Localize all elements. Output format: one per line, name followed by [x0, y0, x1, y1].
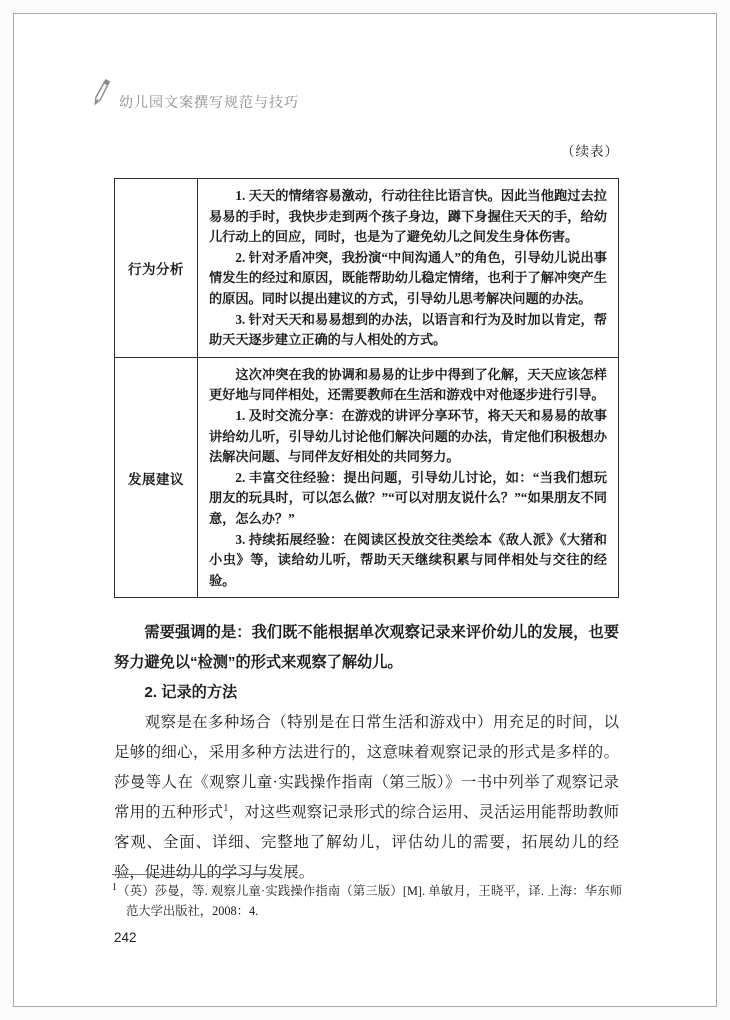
footnote-divider: [112, 874, 282, 875]
section-heading: 2. 记录的方法: [114, 678, 619, 708]
continued-table-label: （续表）: [114, 140, 619, 160]
running-header-title: 幼儿园文案撰写规范与技巧: [119, 92, 299, 114]
development-suggestions-paragraph: 这次冲突在我的协调和易易的让步中得到了化解，天天应该怎样更好地与同伴相处，还需要…: [209, 365, 607, 406]
page-number: 242: [114, 930, 137, 945]
observation-record-table: 行为分析 1. 天天的情绪容易激动，行动往往比语言快。因此当他跑过去拉易易的手时…: [114, 178, 619, 598]
row-content-development-suggestions: 这次冲突在我的协调和易易的让步中得到了化解，天天应该怎样更好地与同伴相处，还需要…: [198, 357, 619, 598]
table-row-behavior-analysis: 行为分析 1. 天天的情绪容易激动，行动往往比语言快。因此当他跑过去拉易易的手时…: [115, 179, 619, 358]
pen-icon: [87, 76, 113, 114]
footnote: 1（英）莎曼，等. 观察儿童·实践操作指南（第三版）[M]. 单敏月，王晓平，译…: [112, 874, 622, 921]
footnote-body: （英）莎曼，等. 观察儿童·实践操作指南（第三版）[M]. 单敏月，王晓平，译.…: [117, 884, 622, 918]
table-row-development-suggestions: 发展建议 这次冲突在我的协调和易易的让步中得到了化解，天天应该怎样更好地与同伴相…: [115, 357, 619, 598]
running-header: 幼儿园文案撰写规范与技巧: [87, 76, 299, 114]
body-paragraph: 观察是在多种场合（特别是在日常生活和游戏中）用充足的时间，以足够的细心，采用多种…: [114, 708, 619, 888]
behavior-analysis-paragraph: 1. 天天的情绪容易激动，行动往往比语言快。因此当他跑过去拉易易的手时，我快步走…: [209, 186, 607, 248]
development-suggestions-paragraph: 3. 持续拓展经验：在阅读区投放交往类绘本《敌人派》《大猪和小虫》等，读给幼儿听…: [209, 530, 607, 592]
row-content-behavior-analysis: 1. 天天的情绪容易激动，行动往往比语言快。因此当他跑过去拉易易的手时，我快步走…: [198, 179, 619, 358]
behavior-analysis-paragraph: 3. 针对天天和易易想到的办法，以语言和行为及时加以肯定，帮助天天逐步建立正确的…: [209, 310, 607, 351]
main-content: （续表） 行为分析 1. 天天的情绪容易激动，行动往往比语言快。因此当他跑过去拉…: [114, 140, 619, 888]
row-label-behavior-analysis: 行为分析: [115, 179, 198, 358]
development-suggestions-paragraph: 1. 及时交流分享：在游戏的讲评分享环节，将天天和易易的故事讲给幼儿听，引导幼儿…: [209, 406, 607, 468]
behavior-analysis-paragraph: 2. 针对矛盾冲突，我扮演“中间沟通人”的角色，引导幼儿说出事情发生的经过和原因…: [209, 248, 607, 310]
book-page: 幼儿园文案撰写规范与技巧 （续表） 行为分析 1. 天天的情绪容易激动，行动往往…: [13, 13, 717, 1007]
footnote-text: 1（英）莎曼，等. 观察儿童·实践操作指南（第三版）[M]. 单敏月，王晓平，译…: [112, 881, 622, 921]
emphasis-paragraph: 需要强调的是：我们既不能根据单次观察记录来评价幼儿的发展，也要努力避免以“检测”…: [114, 618, 619, 678]
row-label-development-suggestions: 发展建议: [115, 357, 198, 598]
development-suggestions-paragraph: 2. 丰富交往经验：提出问题，引导幼儿讨论，如：“当我们想玩朋友的玩具时，可以怎…: [209, 468, 607, 530]
